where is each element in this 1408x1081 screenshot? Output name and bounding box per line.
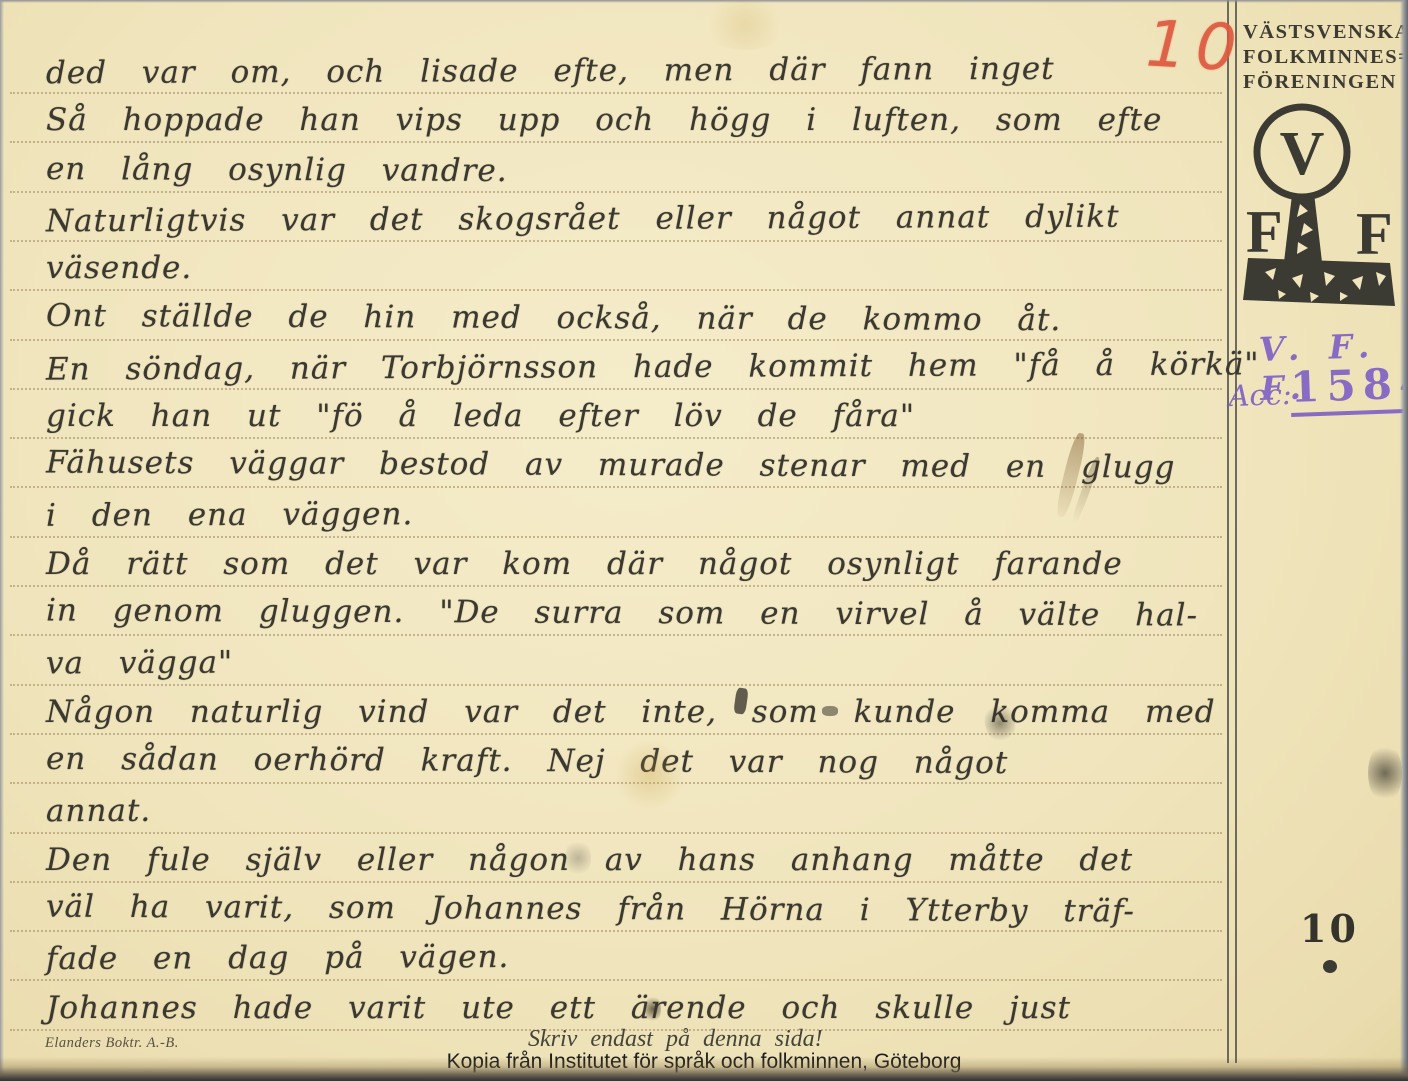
write-instruction: Skriv endast på denna sida! — [528, 1026, 823, 1053]
manuscript-line: in genom gluggen. "De surra som en virve… — [46, 589, 1198, 638]
stain — [1368, 742, 1402, 804]
accession-stamp-number: 1584 — [1289, 358, 1408, 417]
manuscript-line: ded var om, och lisade efte, men där fan… — [46, 47, 1055, 95]
org-header-line1: VÄSTSVENSKA — [1243, 20, 1405, 45]
manuscript-line: fade en dag på vägen. — [46, 935, 510, 981]
manuscript-line: Då rätt som det var kom där något osynli… — [46, 542, 1123, 586]
accession-stamp-label: Acc: — [1228, 377, 1292, 413]
scanned-document-page: ded var om, och lisade efte, men där fan… — [0, 0, 1408, 1081]
manuscript-line: Så hoppade han vips upp och högg i lufte… — [46, 98, 1162, 142]
manuscript-line: Fähusets väggar bestod av murade stenar … — [46, 441, 1176, 490]
vff-logo: V F F — [1240, 100, 1398, 320]
manuscript-line: gick han ut "fö å leda efter löv de fåra… — [46, 394, 915, 438]
org-header-line3: FÖRENINGEN — [1243, 70, 1405, 95]
margin-rule-right — [1235, 0, 1237, 1063]
ink-blot — [645, 995, 661, 1023]
stain — [565, 838, 591, 878]
scan-edge-top — [0, 0, 1408, 3]
accession-stamp: V. F. F. Acc: 1584 — [1226, 325, 1408, 435]
org-header: VÄSTSVENSKA FOLKMINNES= FÖRENINGEN — [1243, 20, 1405, 95]
manuscript-line: En söndag, när Torbjörnsson hade kommit … — [46, 342, 1260, 391]
logo-letter-v: V — [1280, 120, 1325, 188]
stain — [700, 0, 790, 50]
manuscript-line: Naturligtvis var det skogsrået eller någ… — [46, 195, 1120, 244]
ruled-line — [10, 832, 1222, 834]
manuscript-line: i den ena väggen. — [46, 492, 413, 538]
manuscript-line: en sådan oerhörd kraft. Nej det var nog … — [46, 737, 1008, 785]
org-header-line2: FOLKMINNES= — [1243, 45, 1405, 70]
manuscript-line: en lång osynlig vandre. — [46, 147, 508, 193]
manuscript-line: väsende. — [46, 246, 192, 290]
scan-edge-bottom — [0, 1057, 1408, 1081]
manuscript-line: annat. — [46, 788, 151, 832]
page-stamp-dot — [1323, 960, 1337, 973]
ink-blot — [822, 706, 838, 716]
manuscript-line: Johannes hade varit ute ett ärende och s… — [46, 986, 1071, 1030]
manuscript-line: Ont ställde de hin med också, när de kom… — [46, 293, 1061, 341]
logo-letter-f-right: F — [1356, 201, 1393, 267]
stain — [615, 740, 685, 810]
manuscript-line: va vägga" — [46, 640, 233, 685]
manuscript-line: Någon naturlig vind var det inte, som ku… — [46, 690, 1216, 734]
red-page-number: 10 — [1144, 7, 1247, 86]
scan-edge-left — [0, 0, 4, 1081]
manuscript-line: väl ha varit, som Johannes från Hörna i … — [46, 885, 1135, 934]
scan-edge-right — [1400, 0, 1408, 1081]
page-number-stamp: 10 — [1300, 906, 1359, 951]
logo-letter-f-left: F — [1246, 199, 1283, 265]
margin-rule-left — [1227, 0, 1229, 1063]
